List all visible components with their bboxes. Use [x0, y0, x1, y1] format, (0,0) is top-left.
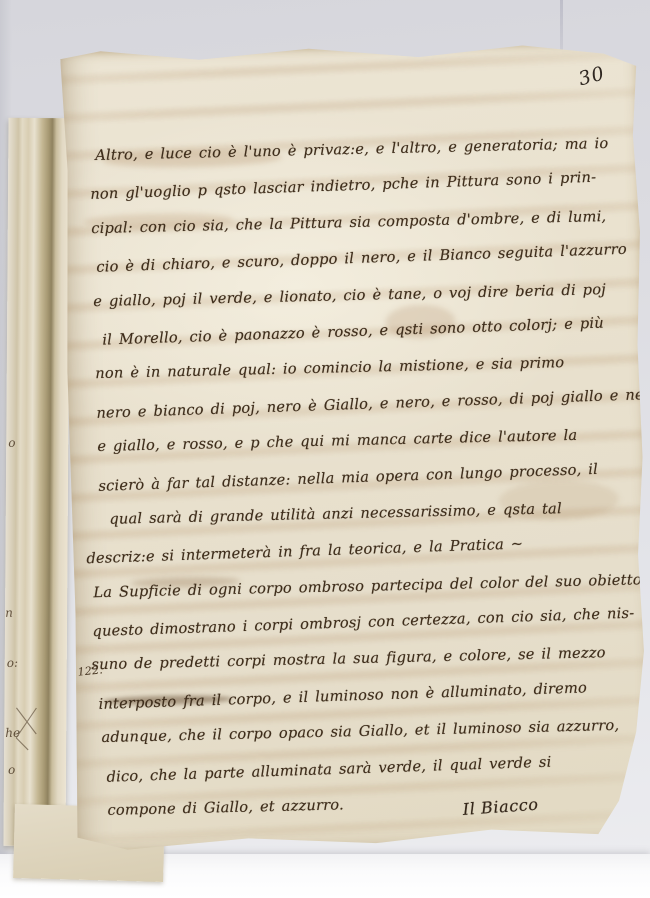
prev-page-text-fragment: o	[8, 763, 16, 777]
manuscript-page: 30 122. Altro, e luce cio è l'uno è priv…	[60, 38, 650, 855]
manuscript-book: o n o: he o 30 122. Altro, e luce cio è …	[6, 36, 640, 858]
prev-page-text-fragment: o	[8, 436, 16, 450]
prev-page-text-fragment: o:	[7, 656, 19, 670]
folio-number: 30	[576, 62, 607, 90]
prev-page-diagram-mark	[14, 704, 40, 752]
previous-pages-edge: o n o: he o	[3, 118, 70, 846]
prev-page-text-fragment: n	[5, 606, 13, 620]
manuscript-text-block: 122. Altro, e luce cio è l'uno è privaz:…	[89, 125, 638, 831]
